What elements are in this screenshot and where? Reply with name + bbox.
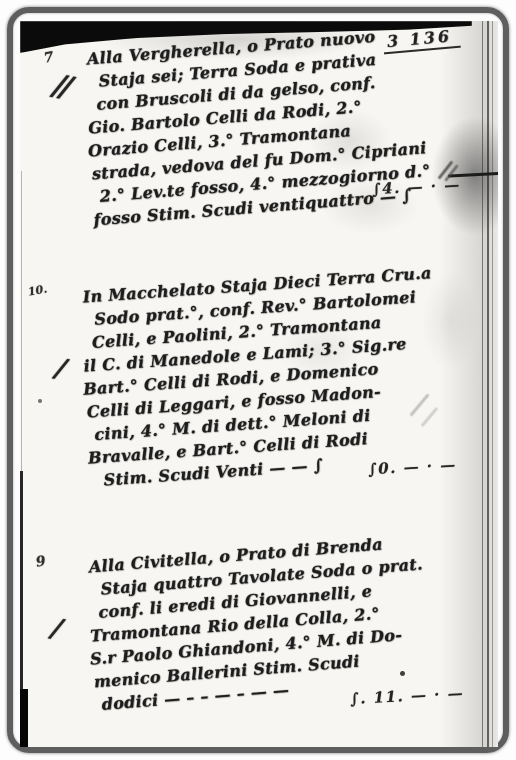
margin-pen-slash: / bbox=[49, 613, 61, 645]
entry-amount: ∫0. — · — bbox=[368, 456, 458, 479]
entry-margin-number: 9 bbox=[35, 553, 47, 570]
scanned-manuscript-page: 3 136 7 // Alla Vergherella, o Prato nuo… bbox=[0, 0, 516, 760]
page-edge-line bbox=[482, 21, 483, 747]
margin-pen-slash: // bbox=[51, 68, 72, 105]
manuscript-scan: 3 136 7 // Alla Vergherella, o Prato nuo… bbox=[20, 21, 498, 747]
entry-paragraph: Alla Vergherella, o Prato nuovoStaja sei… bbox=[80, 21, 433, 231]
ledger-dash-line bbox=[448, 171, 498, 177]
page-fold-line bbox=[21, 171, 22, 471]
page-edge-line bbox=[492, 21, 493, 747]
entry-margin-number: 10. bbox=[27, 282, 48, 298]
page-edge-line bbox=[487, 21, 489, 747]
ink-speck bbox=[38, 399, 42, 403]
entry-paragraph: In Macchelato Staja Dieci Terra Cru.aSod… bbox=[76, 261, 445, 492]
binding-shadow bbox=[20, 689, 28, 747]
ink-speck bbox=[400, 671, 405, 676]
entry-margin-number: 7 bbox=[43, 49, 55, 66]
margin-pen-slash: / bbox=[53, 353, 65, 385]
